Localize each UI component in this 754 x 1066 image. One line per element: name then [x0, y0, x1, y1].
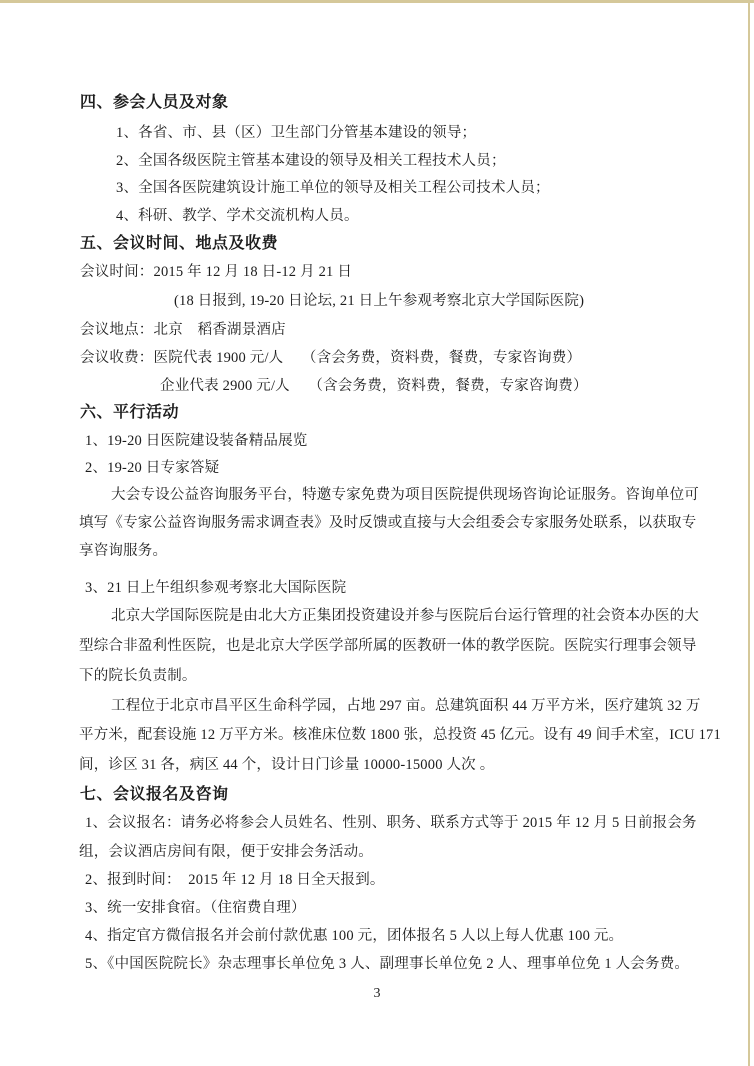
meeting-fee-line-1: 会议收费：医院代表 1900 元/人 （含会务费，资料费，餐费，专家咨询费）: [80, 348, 581, 368]
section6-paragraph2-line1: 北京大学国际医院是由北大方正集团投资建设并参与医院后台运行管理的社会资本办医的大: [111, 606, 699, 626]
section7-title: 七、会议报名及咨询: [80, 785, 229, 805]
section6-paragraph3-line1: 工程位于北京市昌平区生命科学园，占地 297 亩。总建筑面积 44 万平方米，医…: [111, 696, 701, 716]
section7-item-1-line1: 1、会议报名：请务必将参会人员姓名、性别、职务、联系方式等于 2015 年 12…: [85, 813, 697, 833]
section6-title: 六、平行活动: [80, 403, 179, 423]
meeting-time-note: (18 日报到, 19-20 日论坛, 21 日上午参观考察北京大学国际医院): [174, 291, 584, 311]
section7-item-1-line2: 组，会议酒店房间有限，便于安排会务活动。: [79, 842, 373, 862]
section4-item-3: 3、全国各医院建筑设计施工单位的领导及相关工程公司技术人员；: [116, 178, 550, 198]
meeting-venue-line: 会议地点：北京 稻香湖景酒店: [80, 320, 286, 340]
section6-item-2: 2、19-20 日专家答疑: [85, 458, 219, 478]
scan-edge-right: [748, 0, 750, 1066]
section6-paragraph1-line3: 享咨询服务。: [79, 541, 167, 561]
section6-paragraph2-line2: 型综合非盈利性医院，也是北京大学医学部所属的医教研一体的教学医院。医院实行理事会…: [79, 636, 696, 656]
section7-item-3: 3、统一安排食宿。（住宿费自理）: [85, 898, 306, 918]
section5-title: 五、会议时间、地点及收费: [80, 234, 278, 254]
section4-title: 四、参会人员及对象: [80, 93, 229, 113]
section6-paragraph3-line3: 间，诊区 31 各，病区 44 个，设计日门诊量 10000-15000 人次 …: [79, 755, 494, 775]
section6-item-3: 3、21 日上午组织参观考察北大国际医院: [85, 578, 346, 598]
section4-item-4: 4、科研、教学、学术交流机构人员。: [116, 206, 359, 226]
meeting-time-line: 会议时间：2015 年 12 月 18 日-12 月 21 日: [80, 262, 352, 282]
section7-item-5: 5、《中国医院院长》杂志理事长单位免 3 人、副理事长单位免 2 人、理事单位免…: [85, 954, 689, 974]
section6-paragraph1-line2: 填写《专家公益咨询服务需求调查表》及时反馈或直接与大会组委会专家服务处联系，以获…: [79, 513, 696, 533]
section6-paragraph2-line3: 下的院长负责制。: [79, 666, 197, 686]
document-page: 四、参会人员及对象 1、各省、市、县（区）卫生部门分管基本建设的领导； 2、全国…: [0, 0, 754, 1066]
meeting-fee-line-2: 企业代表 2900 元/人 （含会务费，资料费，餐费，专家咨询费）: [160, 376, 588, 396]
section4-item-1: 1、各省、市、县（区）卫生部门分管基本建设的领导；: [116, 123, 476, 143]
section7-item-2: 2、报到时间： 2015 年 12 月 18 日全天报到。: [85, 870, 385, 890]
page-number: 3: [0, 986, 754, 1002]
section7-item-4: 4、指定官方微信报名并会前付款优惠 100 元，团体报名 5 人以上每人优惠 1…: [85, 926, 623, 946]
section4-item-2: 2、全国各级医院主管基本建设的领导及相关工程技术人员；: [116, 151, 506, 171]
scan-edge-top: [0, 0, 754, 3]
section6-paragraph3-line2: 平方米，配套设施 12 万平方米。核准床位数 1800 张，总投资 45 亿元。…: [79, 725, 721, 745]
section6-item-1: 1、19-20 日医院建设装备精品展览: [85, 431, 308, 451]
section6-paragraph1-line1: 大会专设公益咨询服务平台，特邀专家免费为项目医院提供现场咨询论证服务。咨询单位可: [111, 485, 699, 505]
